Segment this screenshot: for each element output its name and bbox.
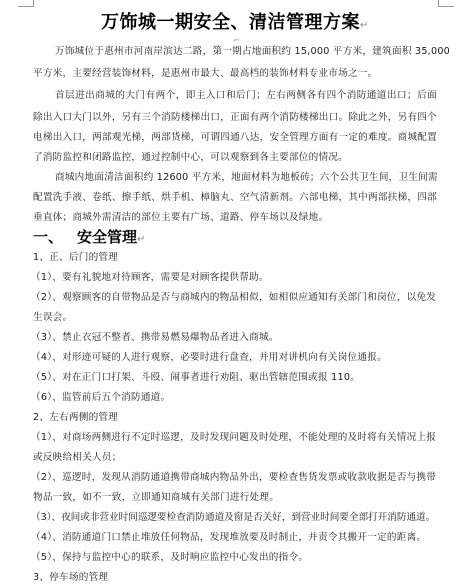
- intro-paragraph-1-line-1: 万饰城位于惠州市河南岸滨达二路，第一期占地面积约 15,000 平方米，建筑面积…: [33, 45, 437, 59]
- intro-paragraph-1-line-2: 平方米，主要经营装饰材料，是惠州市最大、最高档的装饰材料专业市场之一。: [33, 67, 437, 81]
- subsection-1-title: 1、正、后门的管理: [33, 251, 437, 265]
- document-title: 万饰城一期安全、清洁管理方案↵: [33, 8, 437, 34]
- subsection-3-title: 3、停车场的管理: [33, 571, 437, 585]
- subsection-2-title: 2、左右两侧的管理: [33, 411, 437, 425]
- subsection-1-item-2-line-2: 生误会。: [33, 311, 437, 325]
- subsection-1-item-1: （1）、要有礼貌地对待顾客，需要是对顾客提供帮助。: [31, 271, 435, 285]
- document-title-text: 万饰城一期安全、清洁管理方案: [101, 12, 360, 33]
- paragraph-mark-icon: ↵: [137, 234, 145, 245]
- subsection-1-item-5: （5）、对在正门口打架、斗殴、闹事者进行劝阻、驱出管辖范围或报 110。: [31, 371, 435, 385]
- intro-paragraph-2-line-1: 首层进出商城的大门有两个，即主入口和后门；左右两侧各有四个消防通道出口；后面: [33, 89, 437, 103]
- intro-paragraph-2-line-2: 除出入口大门以外，另有三个消防楼梯出口，正面有两个消防楼梯出口。除此之外，另有四…: [33, 111, 437, 125]
- subsection-1-item-3: （3）、禁止衣冠不整者、携带易燃易爆物品者进入商城。: [31, 331, 435, 345]
- subsection-2-item-2-line-2: 物品一致，如不一致，立即通知商城有关部门进行处理。: [33, 491, 437, 505]
- subsection-2-item-3: （3）、夜间或非营业时间巡逻要检查消防通道及窗是否关好，到营业时间要全部打开消防…: [31, 511, 435, 525]
- page-corner-mark-top-right: [438, 0, 454, 7]
- subsection-1-item-6: （6）、监管前后五个消防通道。: [31, 391, 435, 405]
- subsection-2-item-5: （5）、保持与监控中心的联系，及时响应监控中心发出的指令。: [31, 551, 435, 565]
- intro-paragraph-3-line-2: 配置洗手液、卷纸、擦手纸、烘手机、樟脑丸、空气清新剂。六部电梯，其中两部扶梯，四…: [33, 191, 437, 205]
- page-corner-mark-top-left: [18, 0, 34, 7]
- subsection-1-item-2-line-1: （2）、观察顾客的自带物品是否与商城内的物品相似，如相似应通知有关部门和岗位，以…: [31, 291, 435, 305]
- section-title: 安全管理: [77, 228, 137, 246]
- intro-paragraph-3-line-1: 商城内地面清洁面积约 12600 平方米，地面材料为地板砖；六个公共卫生间，卫生…: [33, 171, 437, 185]
- intro-paragraph-2-line-3: 电梯出入口，两部观光梯，两部货梯，可谓四通八达，安全管理方面有一定的难度。商城配…: [33, 131, 437, 145]
- section-heading: 一、安全管理↵: [33, 226, 145, 247]
- empty-paragraph-mark-icon: ⌐: [233, 36, 240, 45]
- subsection-1-item-4: （4）、对形迹可疑的人进行观察，必要时进行盘查，并用对讲机向有关岗位通报。: [31, 351, 435, 365]
- subsection-2-item-2-line-1: （2）、巡逻时，发现从消防通道携带商城内物品外出，要检查售货发票或收款收据是否与…: [31, 471, 435, 485]
- subsection-2-item-4: （4）、消防通道门口禁止堆放任何物品，发现堆放要及时制止，并责令其搬开一定的距离…: [31, 531, 435, 545]
- subsection-2-item-1-line-2: 或反映给相关人员；: [33, 451, 437, 465]
- intro-paragraph-3-line-3: 垂直体；商城外需清洁的部位主要有广场、道路、停车场以及绿地。: [33, 211, 437, 225]
- subsection-2-item-1-line-1: （1）、对商场两侧进行不定时巡逻，及时发现问题及时处理，不能处理的及时将有关情况…: [31, 431, 435, 445]
- paragraph-mark-icon: ↵: [360, 20, 369, 31]
- intro-paragraph-2-line-4: 了消防监控和闭路监控，通过控制中心，可以观察到各主要部位的情况。: [33, 151, 437, 165]
- section-number: 一、: [33, 226, 77, 247]
